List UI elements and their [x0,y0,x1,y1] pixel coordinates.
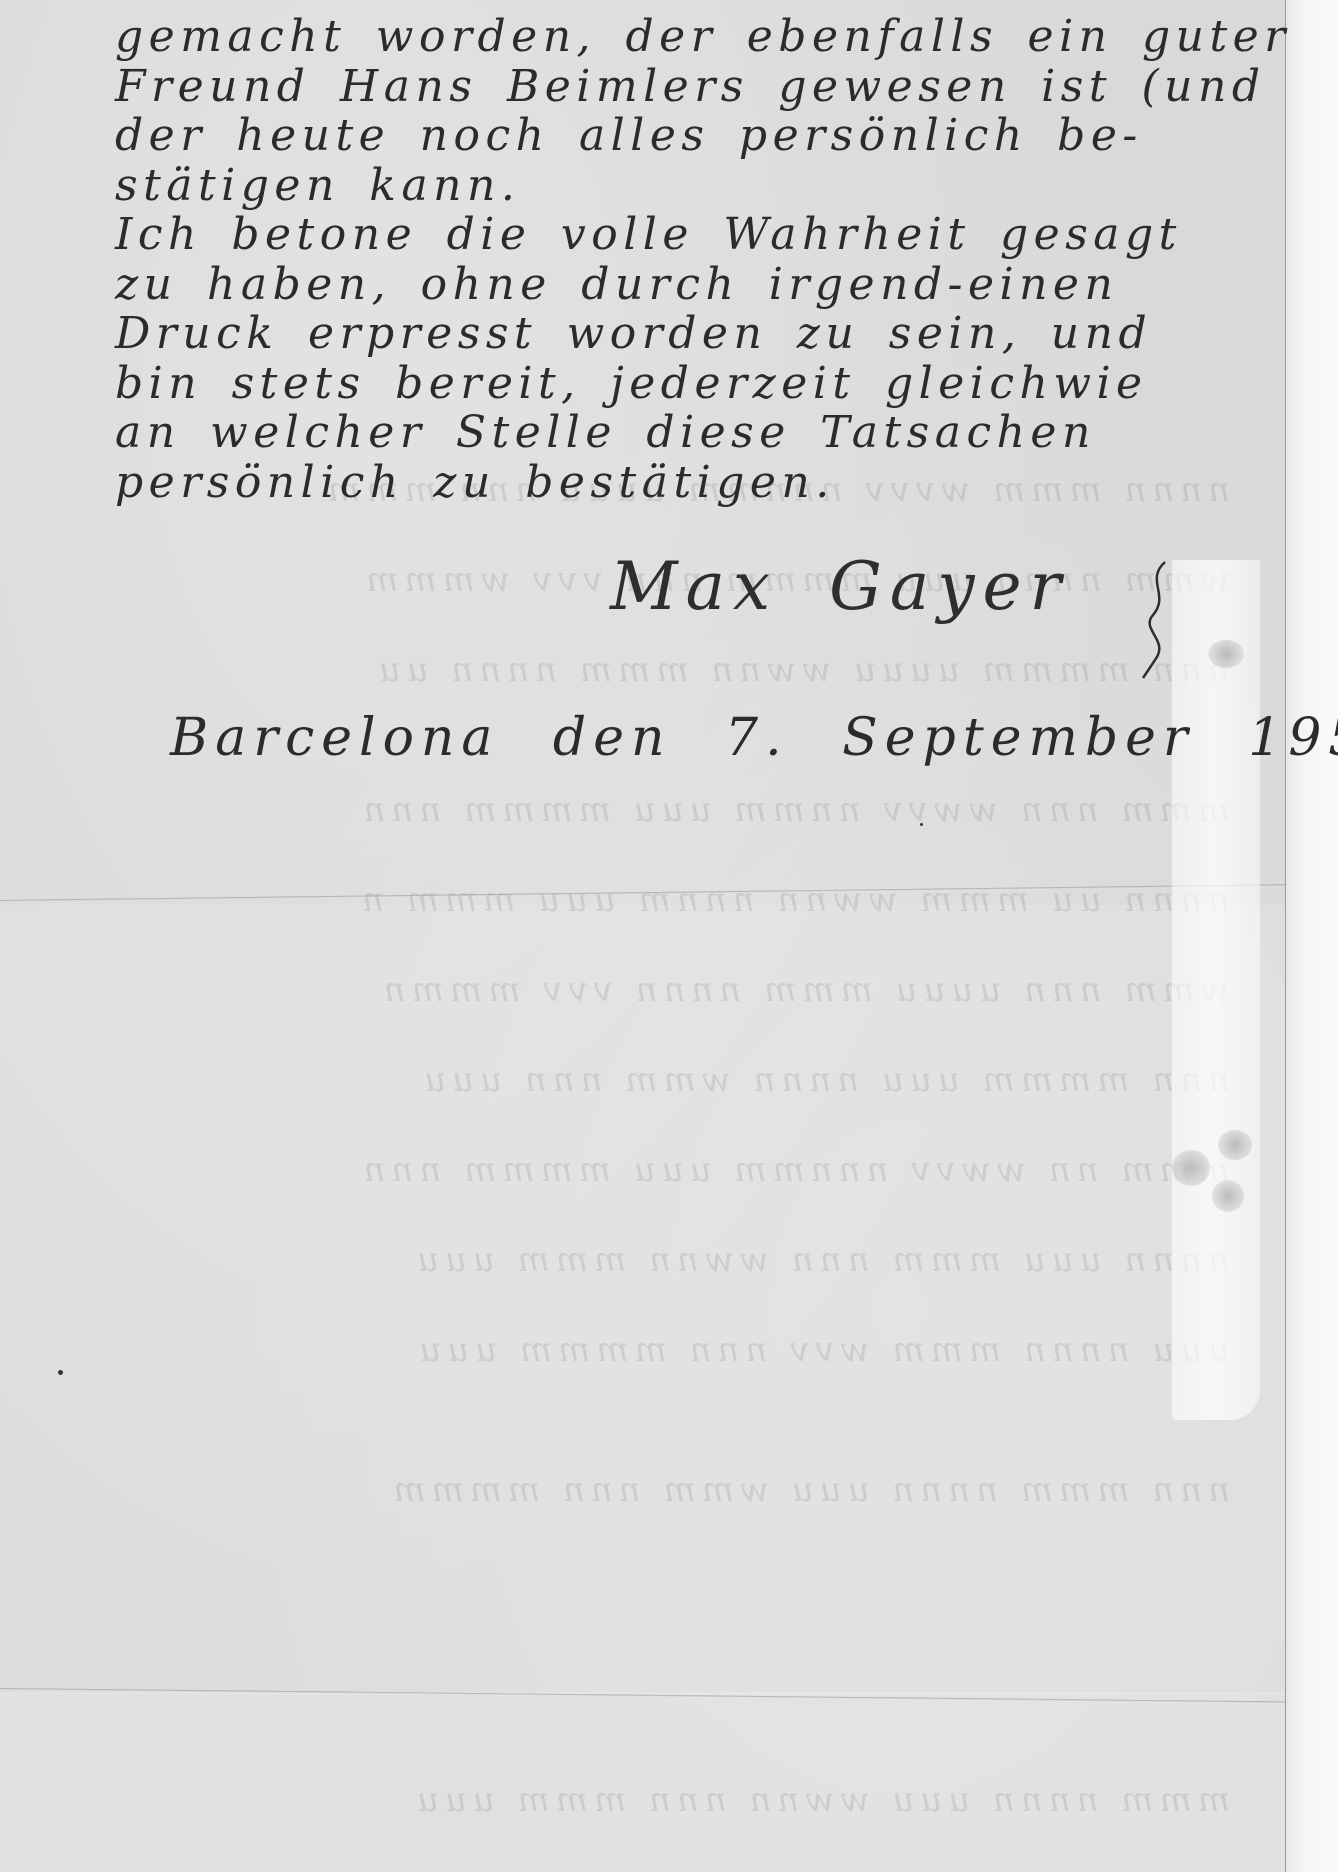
adhesive-tape-strip [1172,560,1260,1420]
letter-line: bin stets bereit, jederzeit gleichwie [115,359,1295,409]
stain-spot [1172,1150,1210,1186]
bleed-through-line: mmm nnn wwvv nnmm uuu mmmm nnn [30,790,1230,830]
ink-speck [58,1370,63,1375]
bleed-through-line: nnnn uuu mmm nnn wwnn mmm uuu [30,1240,1230,1280]
bleed-through-line: nnn mmm nnnn uuu wmm nnn mmmm [30,1470,1230,1510]
signature-flourish [1135,560,1175,680]
letter-page: nnnn mmm wvvv nnnmm uuuu nnn mmm wmm nnn… [0,0,1286,1872]
stain-spot [1208,640,1244,668]
place-and-date: Barcelona den 7. September 1957 [170,708,1338,768]
ink-speck [920,823,923,826]
stain-spot [1218,1130,1252,1160]
letter-line: persönlich zu bestätigen. [115,458,1295,508]
letter-line: Ich betone die volle Wahrheit gesagt [115,210,1295,260]
letter-line: Freund Hans Beimlers gewesen ist (und [115,62,1295,112]
bleed-through-line: uuu nnnn mmm wvv nnn mmmm uuu [30,1330,1230,1370]
lower-panel-shade [0,905,1285,1695]
letter-line: zu haben, ohne durch irgend-einen [115,260,1295,310]
letter-line: gemacht worden, der ebenfalls ein guter [115,12,1295,62]
letter-line: an welcher Stelle diese Tatsachen [115,408,1295,458]
bleed-through-line: wmm nnn uuuu mmm nnnn vvv mmmn [30,970,1230,1010]
letter-line: der heute noch alles persönlich be- [115,111,1295,161]
letter-body: gemacht worden, der ebenfalls ein guter … [115,12,1295,507]
bleed-through-line: nnnn uu mmm wwnn nnnm uuu mmm n [30,880,1230,920]
signature: Max Gayer [610,548,1069,625]
bleed-through-line: nnn mmmm uuu nnnn wmm nnn uuu [30,1060,1230,1100]
stain-spot [1212,1180,1244,1212]
letter-line: Druck erpresst worden zu sein, und [115,309,1295,359]
bleed-through-line: nnn mmmm uuuu wwnn mmm nnnn uu [30,650,1230,690]
bleed-through-line: mmm nn wwvv nnnmm uuu mmmm nnn [30,1150,1230,1190]
bleed-through-line: mmm nnnn uuu wwnn nnn mmm uuu [30,1780,1230,1820]
letter-line: stätigen kann. [115,161,1295,211]
